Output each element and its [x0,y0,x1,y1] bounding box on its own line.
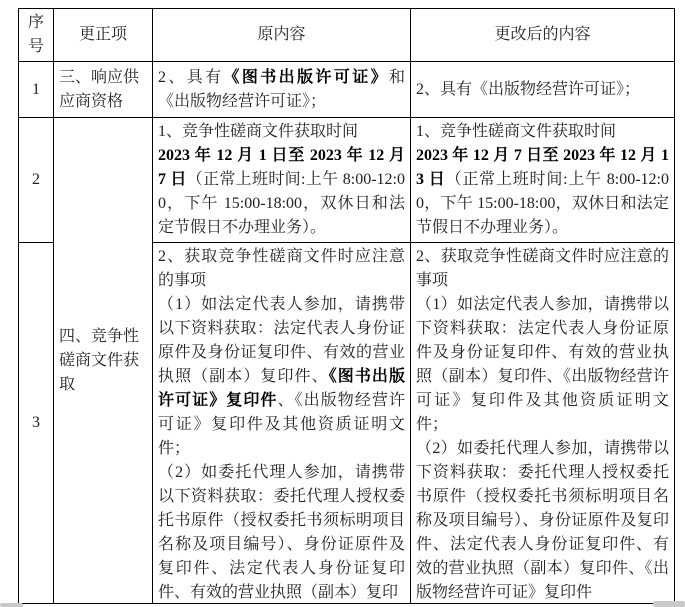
row1-correction-item: 三、响应供应商资格 [54,62,153,118]
row3-changed-content: 2、获取竞争性磋商文件时应注意的事项（1）如法定代表人参加，请携带以下资料获取：… [411,243,675,604]
table-row: 1 三、响应供应商资格 2、具有《图书出版许可证》和《出版物经营许可证》； 2、… [19,62,675,118]
row1-original-content: 2、具有《图书出版许可证》和《出版物经营许可证》； [153,62,411,118]
row3-original-clip: 2、获取竞争性磋商文件时应注意的事项（1）如法定代表人参加，请携带以下资料获取：… [158,245,405,601]
row3-changed-clip: 2、获取竞争性磋商文件时应注意的事项（1）如法定代表人参加，请携带以下资料获取：… [416,245,669,601]
table-row: 2 四、竞争性磋商文件获取 1、竞争性磋商文件获取时间2023 年 12 月 1… [19,118,675,243]
scrollbar-fragment-right[interactable] [653,601,685,607]
col-header-correction-item: 更正项 [54,9,153,62]
row2-seq: 2 [19,118,54,243]
row1-changed-content: 2、具有《出版物经营许可证》； [411,62,675,118]
scrollbar-fragment-left[interactable] [0,603,23,607]
correction-table: 序号 更正项 原内容 更改后的内容 1 三、响应供应商资格 2、具有《图书出版许… [18,8,675,604]
col-header-original-content: 原内容 [153,9,411,62]
col-header-seq: 序号 [19,9,54,62]
header-row: 序号 更正项 原内容 更改后的内容 [19,9,675,62]
row1-seq: 1 [19,62,54,118]
row2-changed-content: 1、竞争性磋商文件获取时间2023 年 12 月 7 日至 2023 年 12 … [411,118,675,243]
row2-original-content: 1、竞争性磋商文件获取时间2023 年 12 月 1 日至 2023 年 12 … [153,118,411,243]
row3-original-content: 2、获取竞争性磋商文件时应注意的事项（1）如法定代表人参加，请携带以下资料获取：… [153,243,411,604]
row3-seq: 3 [19,243,54,604]
col-header-changed-content: 更改后的内容 [411,9,675,62]
page-canvas: 序号 更正项 原内容 更改后的内容 1 三、响应供应商资格 2、具有《图书出版许… [0,0,685,607]
row2-3-correction-item: 四、竞争性磋商文件获取 [54,118,153,604]
